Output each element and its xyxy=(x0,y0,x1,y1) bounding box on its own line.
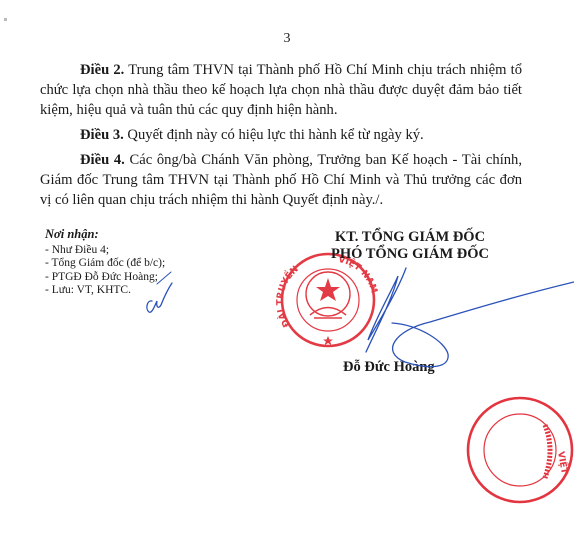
article-3: Điều 3. Quyết định này có hiệu lực thi h… xyxy=(40,125,522,145)
article-2: Điều 2. Trung tâm THVN tại Thành phố Hồ … xyxy=(40,60,522,120)
recipient-item: - Lưu: VT, KHTC. xyxy=(45,284,165,298)
article-4-label: Điều 4. xyxy=(80,152,125,168)
recipients-block: Nơi nhận: - Như Điều 4; - Tổng Giám đốc … xyxy=(45,228,165,298)
article-4: Điều 4. Các ông/bà Chánh Văn phòng, Trưở… xyxy=(40,150,522,210)
page-number: 3 xyxy=(0,31,574,47)
official-stamp-seal: ĐÀI TRUYỀN VIỆT NAM xyxy=(275,254,378,346)
recipient-item: - Như Điều 4; xyxy=(45,244,165,258)
svg-text:VIỆT: VIỆT xyxy=(555,451,570,476)
signer-title: KT. TỔNG GIÁM ĐỐC PHÓ TỔNG GIÁM ĐỐC xyxy=(290,229,530,263)
signer-title-line1: KT. TỔNG GIÁM ĐỐC xyxy=(290,229,530,246)
signer-name: Đỗ Đức Hoàng xyxy=(343,359,435,376)
article-3-label: Điều 3. xyxy=(80,127,124,143)
signature-scribble xyxy=(366,268,574,367)
recipient-item: - Tổng Giám đốc (để b/c); xyxy=(45,257,165,271)
partial-stamp-seal: VIỆT xyxy=(468,398,572,502)
recipient-item: - PTGĐ Đỗ Đức Hoàng; xyxy=(45,271,165,285)
scan-artifact xyxy=(4,18,7,21)
article-3-text: Quyết định này có hiệu lực thi hành kể t… xyxy=(124,127,424,143)
article-2-label: Điều 2. xyxy=(80,62,124,78)
svg-text:ĐÀI TRUYỀN: ĐÀI TRUYỀN xyxy=(275,265,300,329)
stamp-ring-text-left: ĐÀI TRUYỀN xyxy=(275,265,300,329)
signer-title-line2: PHÓ TỔNG GIÁM ĐỐC xyxy=(290,246,530,263)
recipients-title: Nơi nhận: xyxy=(45,228,165,242)
